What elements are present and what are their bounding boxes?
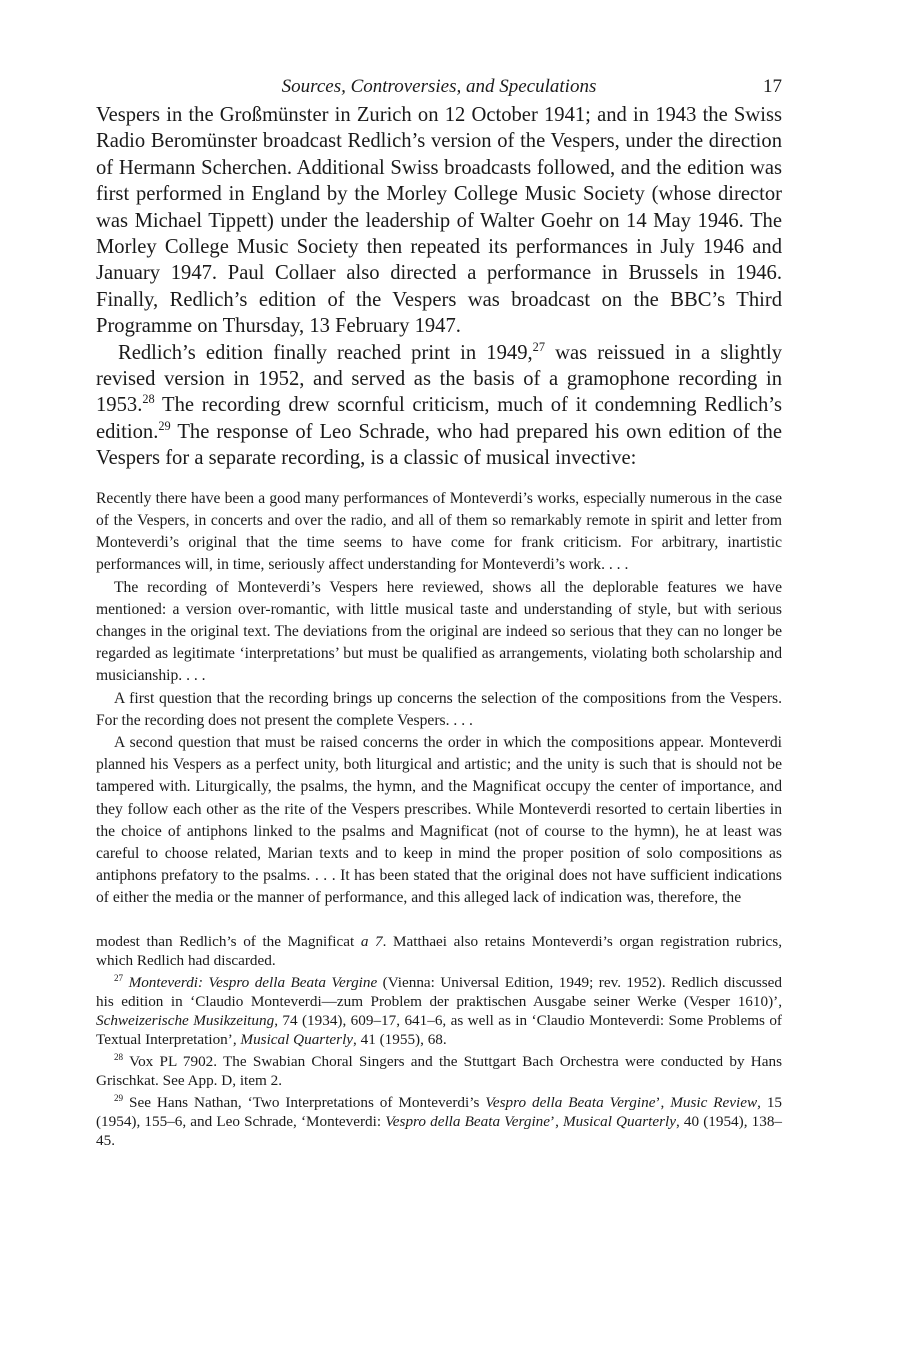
text-run: ’, [655, 1094, 670, 1111]
footnote-ref-29[interactable]: 29 [158, 419, 170, 433]
italic-run: Monteverdi: Vespro della Beata Vergine [129, 974, 378, 991]
footnote-ref-28[interactable]: 28 [142, 393, 154, 407]
text-run: The response of Leo Schrade, who had pre… [96, 421, 782, 469]
body-paragraph-2: Redlich’s edition finally reached print … [96, 340, 782, 472]
italic-run: Vespro della Beata Vergine [485, 1094, 655, 1111]
quote-paragraph-4: A second question that must be raised co… [96, 732, 782, 910]
block-quote: Recently there have been a good many per… [96, 488, 782, 910]
footnote-number: 28 [114, 1051, 123, 1061]
footnotes: modest than Redlich’s of the Magnificat … [96, 932, 782, 1150]
italic-run: Musical Quarterly [563, 1113, 676, 1130]
quote-paragraph-3: A first question that the recording brin… [96, 688, 782, 732]
italic-run: Vespro della Beata Vergine [385, 1113, 550, 1130]
running-head-title: Sources, Controversies, and Speculations [96, 76, 782, 98]
text-run: modest than Redlich’s of the Magnificat [96, 933, 361, 950]
quote-paragraph-2: The recording of Monteverdi’s Vespers he… [96, 577, 782, 688]
italic-run: Music Review [670, 1094, 757, 1111]
footnote-continued: modest than Redlich’s of the Magnificat … [96, 932, 782, 970]
italic-run: Musical Quarterly [240, 1031, 353, 1048]
footnote-29: 29 See Hans Nathan, ‘Two Interpretations… [96, 1093, 782, 1150]
footnote-number: 27 [114, 972, 123, 982]
italic-run: a 7 [361, 933, 383, 950]
body-paragraph-1: Vespers in the Großmünster in Zurich on … [96, 102, 782, 340]
text-run: , 41 (1955), 68. [353, 1031, 447, 1048]
quote-paragraph-1: Recently there have been a good many per… [96, 488, 782, 577]
page-number: 17 [763, 76, 782, 98]
text-run: See Hans Nathan, ‘Two Interpretations of… [129, 1094, 485, 1111]
footnote-ref-27[interactable]: 27 [533, 340, 545, 354]
italic-run: Schweizerische Musikzeitung [96, 1012, 274, 1029]
footnote-27: 27 Monteverdi: Vespro della Beata Vergin… [96, 973, 782, 1049]
book-page: Sources, Controversies, and Speculations… [96, 72, 782, 1153]
text-run: Vox PL 7902. The Swabian Choral Singers … [96, 1053, 782, 1089]
text-run: Redlich’s edition finally reached print … [118, 342, 533, 364]
footnote-28: 28 Vox PL 7902. The Swabian Choral Singe… [96, 1052, 782, 1090]
running-head: Sources, Controversies, and Speculations… [96, 72, 782, 102]
footnote-number: 29 [114, 1092, 123, 1102]
text-run: ’, [550, 1113, 563, 1130]
